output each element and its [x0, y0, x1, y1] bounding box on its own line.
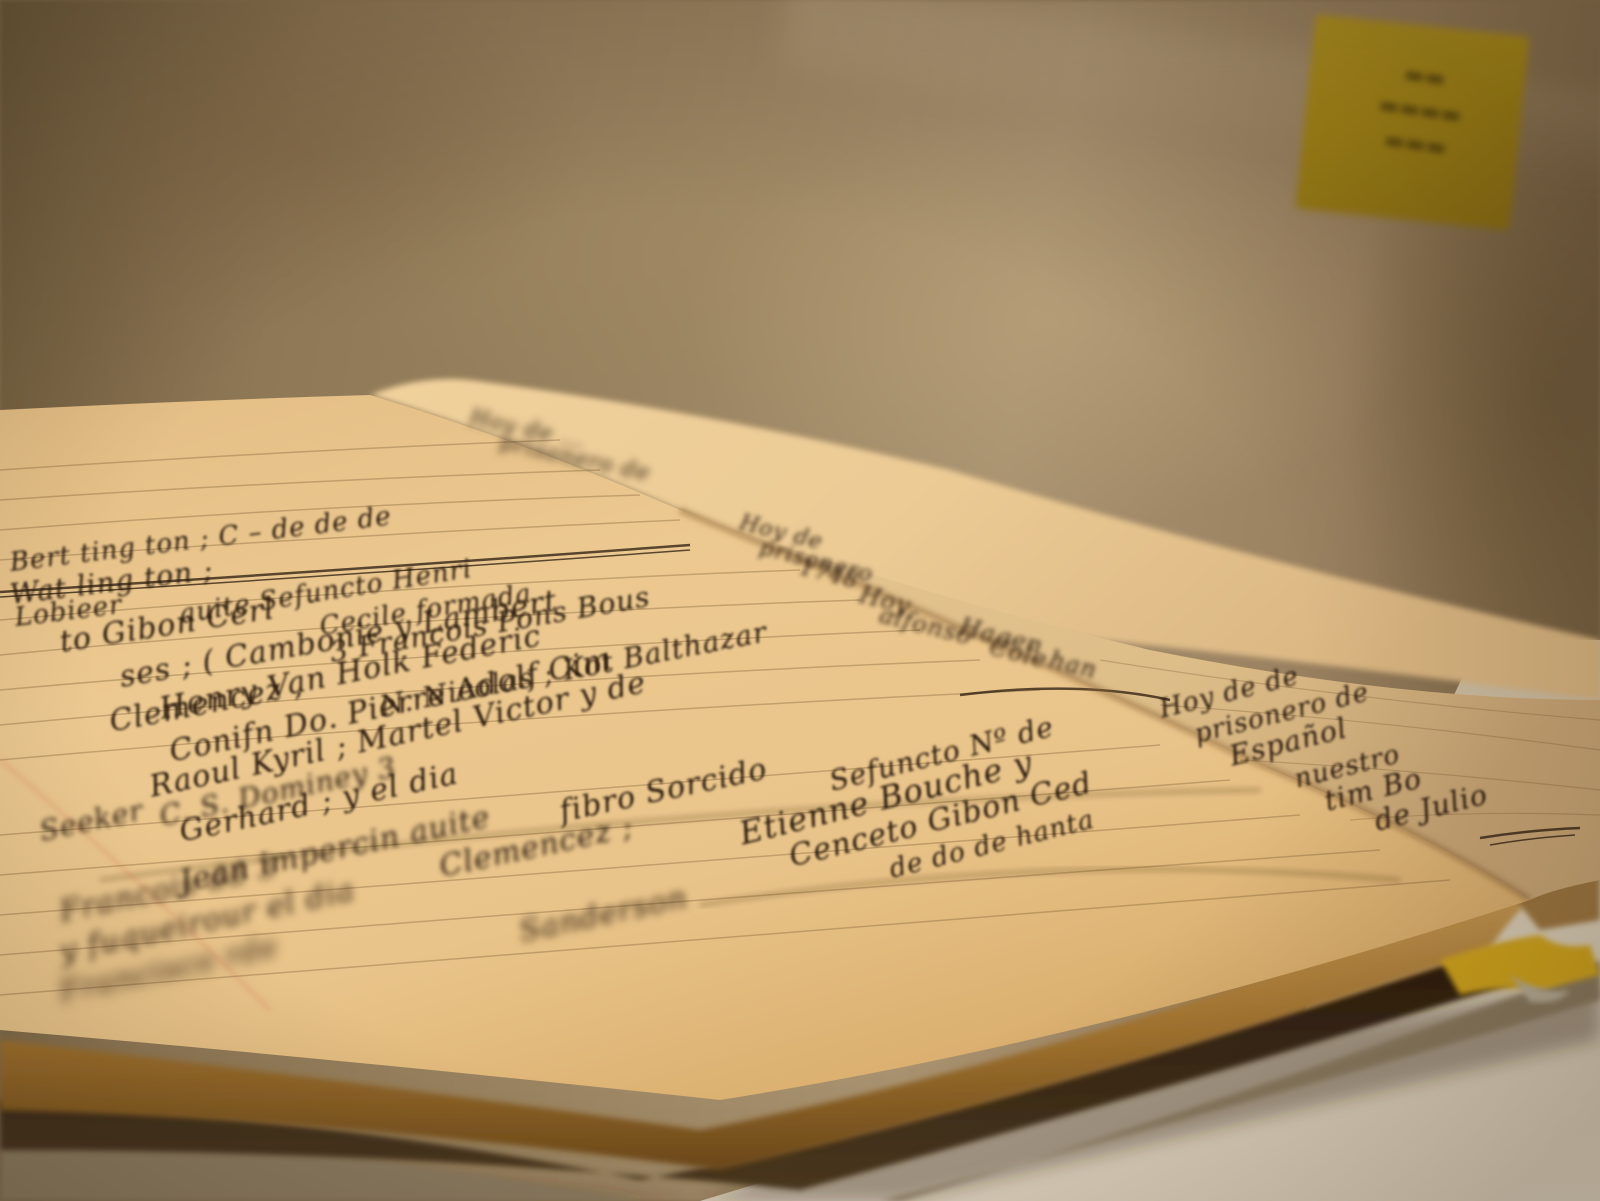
photo-scene: ▬▬ ▬▬▬▬ ▬▬▬ — [0, 0, 1600, 1201]
